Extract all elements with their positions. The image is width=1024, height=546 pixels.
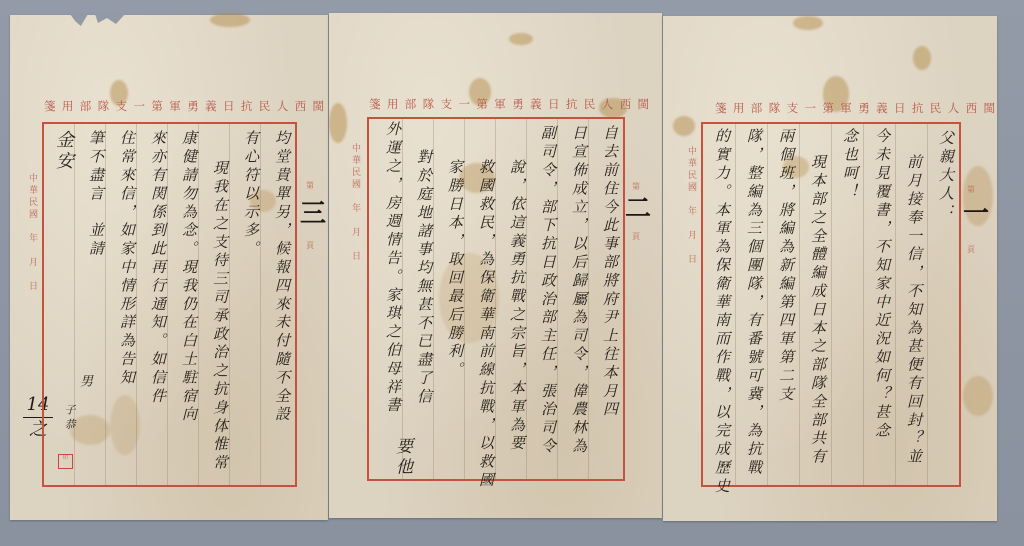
handwritten-line: 康健請勿為念。現我仍在白土駐宿向: [181, 130, 196, 424]
water-stain: [210, 13, 250, 27]
letter-page-left: 閩西人民抗日義勇軍第一支隊部用箋 中華民國 年 月 日 14 之 均堂貴單另，候…: [10, 15, 328, 520]
handwritten-line: 金安: [54, 130, 72, 173]
handwritten-line: 前月接奉一信，不知為甚便有回封？並: [906, 154, 921, 467]
handwritten-line: 今未見覆書，不知家中近況如何？甚念: [874, 128, 889, 441]
handwritten-line: 外運之，房週情告。家琪之伯母祥書: [385, 121, 400, 415]
water-stain: [913, 46, 931, 70]
page-marker-bottom: 頁: [632, 231, 640, 242]
water-stain: [329, 103, 347, 143]
red-seal-stamp: 印: [58, 454, 73, 469]
letter-page-middle: 閩西人民抗日義勇軍第一支隊部用箋 中華民國 年 月 日 自去前住今此事部將府尹上…: [329, 13, 662, 518]
letter-frame: 自去前住今此事部將府尹上往本月四 日宣佈成立，以后歸屬為司令，偉農林為 副司令，…: [367, 117, 625, 481]
water-stain: [509, 33, 533, 45]
handwritten-line: 的實力。本軍為保衛華南而作戰，以完成歷史: [714, 128, 729, 496]
handwritten-line: 日宣佈成立，以后歸屬為司令，偉農林為: [571, 125, 586, 456]
page-marker-top: 第: [632, 181, 640, 192]
closing-word: 男: [78, 374, 91, 390]
handwritten-line: 隊，整編為三個團隊，有番號可冀，為抗戰: [746, 128, 761, 478]
letter-frame: 父親大人： 前月接奉一信，不知為甚便有回封？並 今未見覆書，不知家中近況如何？甚…: [701, 122, 961, 487]
date-column: 中華民國 年 月 日: [685, 146, 698, 266]
handwritten-line: 自去前住今此事部將府尹上往本月四: [602, 125, 617, 419]
handwritten-line: 筆不盡言 並請: [88, 130, 103, 259]
handwritten-line: 對於庭地諸事均無甚不已盡了信: [416, 149, 431, 407]
handwritten-line: 副司令，部下抗日政治部主任，張治司令: [540, 125, 555, 456]
letter-page-right: 閩西人民抗日義勇軍第一支隊部用箋 中華民國 年 月 日 父親大人： 前月接奉一信…: [663, 16, 997, 521]
page-number: 三: [300, 201, 326, 227]
signature: 子恭: [64, 404, 75, 433]
water-stain: [673, 116, 695, 136]
handwritten-line: 救國救民，為保衛華南前線抗戰，以救國: [478, 159, 493, 490]
letterhead-title: 閩西人民抗日義勇軍第一支隊部用箋: [44, 98, 330, 114]
date-column: 中華民國 年 月 日: [349, 143, 362, 263]
letter-frame: 均堂貴單另，候報四來未付隨不全設 有心符以示多。 現我在之支待三司承政治之抗身体…: [42, 122, 297, 487]
handwritten-line: 說，依這義勇抗戰之宗旨，本軍為要: [509, 159, 524, 453]
water-stain: [793, 16, 823, 30]
handwritten-line: 家勝日本，取回最后勝利。: [447, 159, 462, 380]
handwritten-line: 有心符以示多。: [243, 130, 258, 259]
page-marker-top: 第: [306, 180, 314, 191]
page-marker-top: 第: [967, 184, 975, 195]
handwritten-line: 均堂貴單另，候報四來未付隨不全設: [274, 130, 289, 424]
letterhead-title: 閩西人民抗日義勇軍第一支隊部用箋: [715, 100, 1001, 116]
handwritten-line: 念也呵！: [842, 128, 857, 202]
date-column: 中華民國 年 月 日: [26, 173, 39, 293]
handwritten-line: 住常來信，如家中情形詳為告知: [119, 130, 134, 388]
page-marker-bottom: 頁: [967, 244, 975, 255]
page-number: 一: [963, 201, 989, 227]
page-marker-bottom: 頁: [306, 240, 314, 251]
handwritten-line: 來亦有関係到此再行通知。如信件: [150, 130, 165, 406]
handwritten-line: 要他: [393, 437, 410, 478]
letterhead-title: 閩西人民抗日義勇軍第一支隊部用箋: [369, 96, 655, 112]
handwritten-line: 現我在之支待三司承政治之抗身体惟常: [212, 160, 227, 473]
handwritten-line: 現本部之全體編成日本之部隊全部共有: [810, 154, 825, 467]
water-stain: [963, 376, 993, 416]
handwritten-line: 兩個班，將編為新編第四軍第二支: [778, 128, 793, 404]
page-number: 二: [625, 196, 651, 222]
salutation: 父親大人：: [938, 130, 953, 222]
